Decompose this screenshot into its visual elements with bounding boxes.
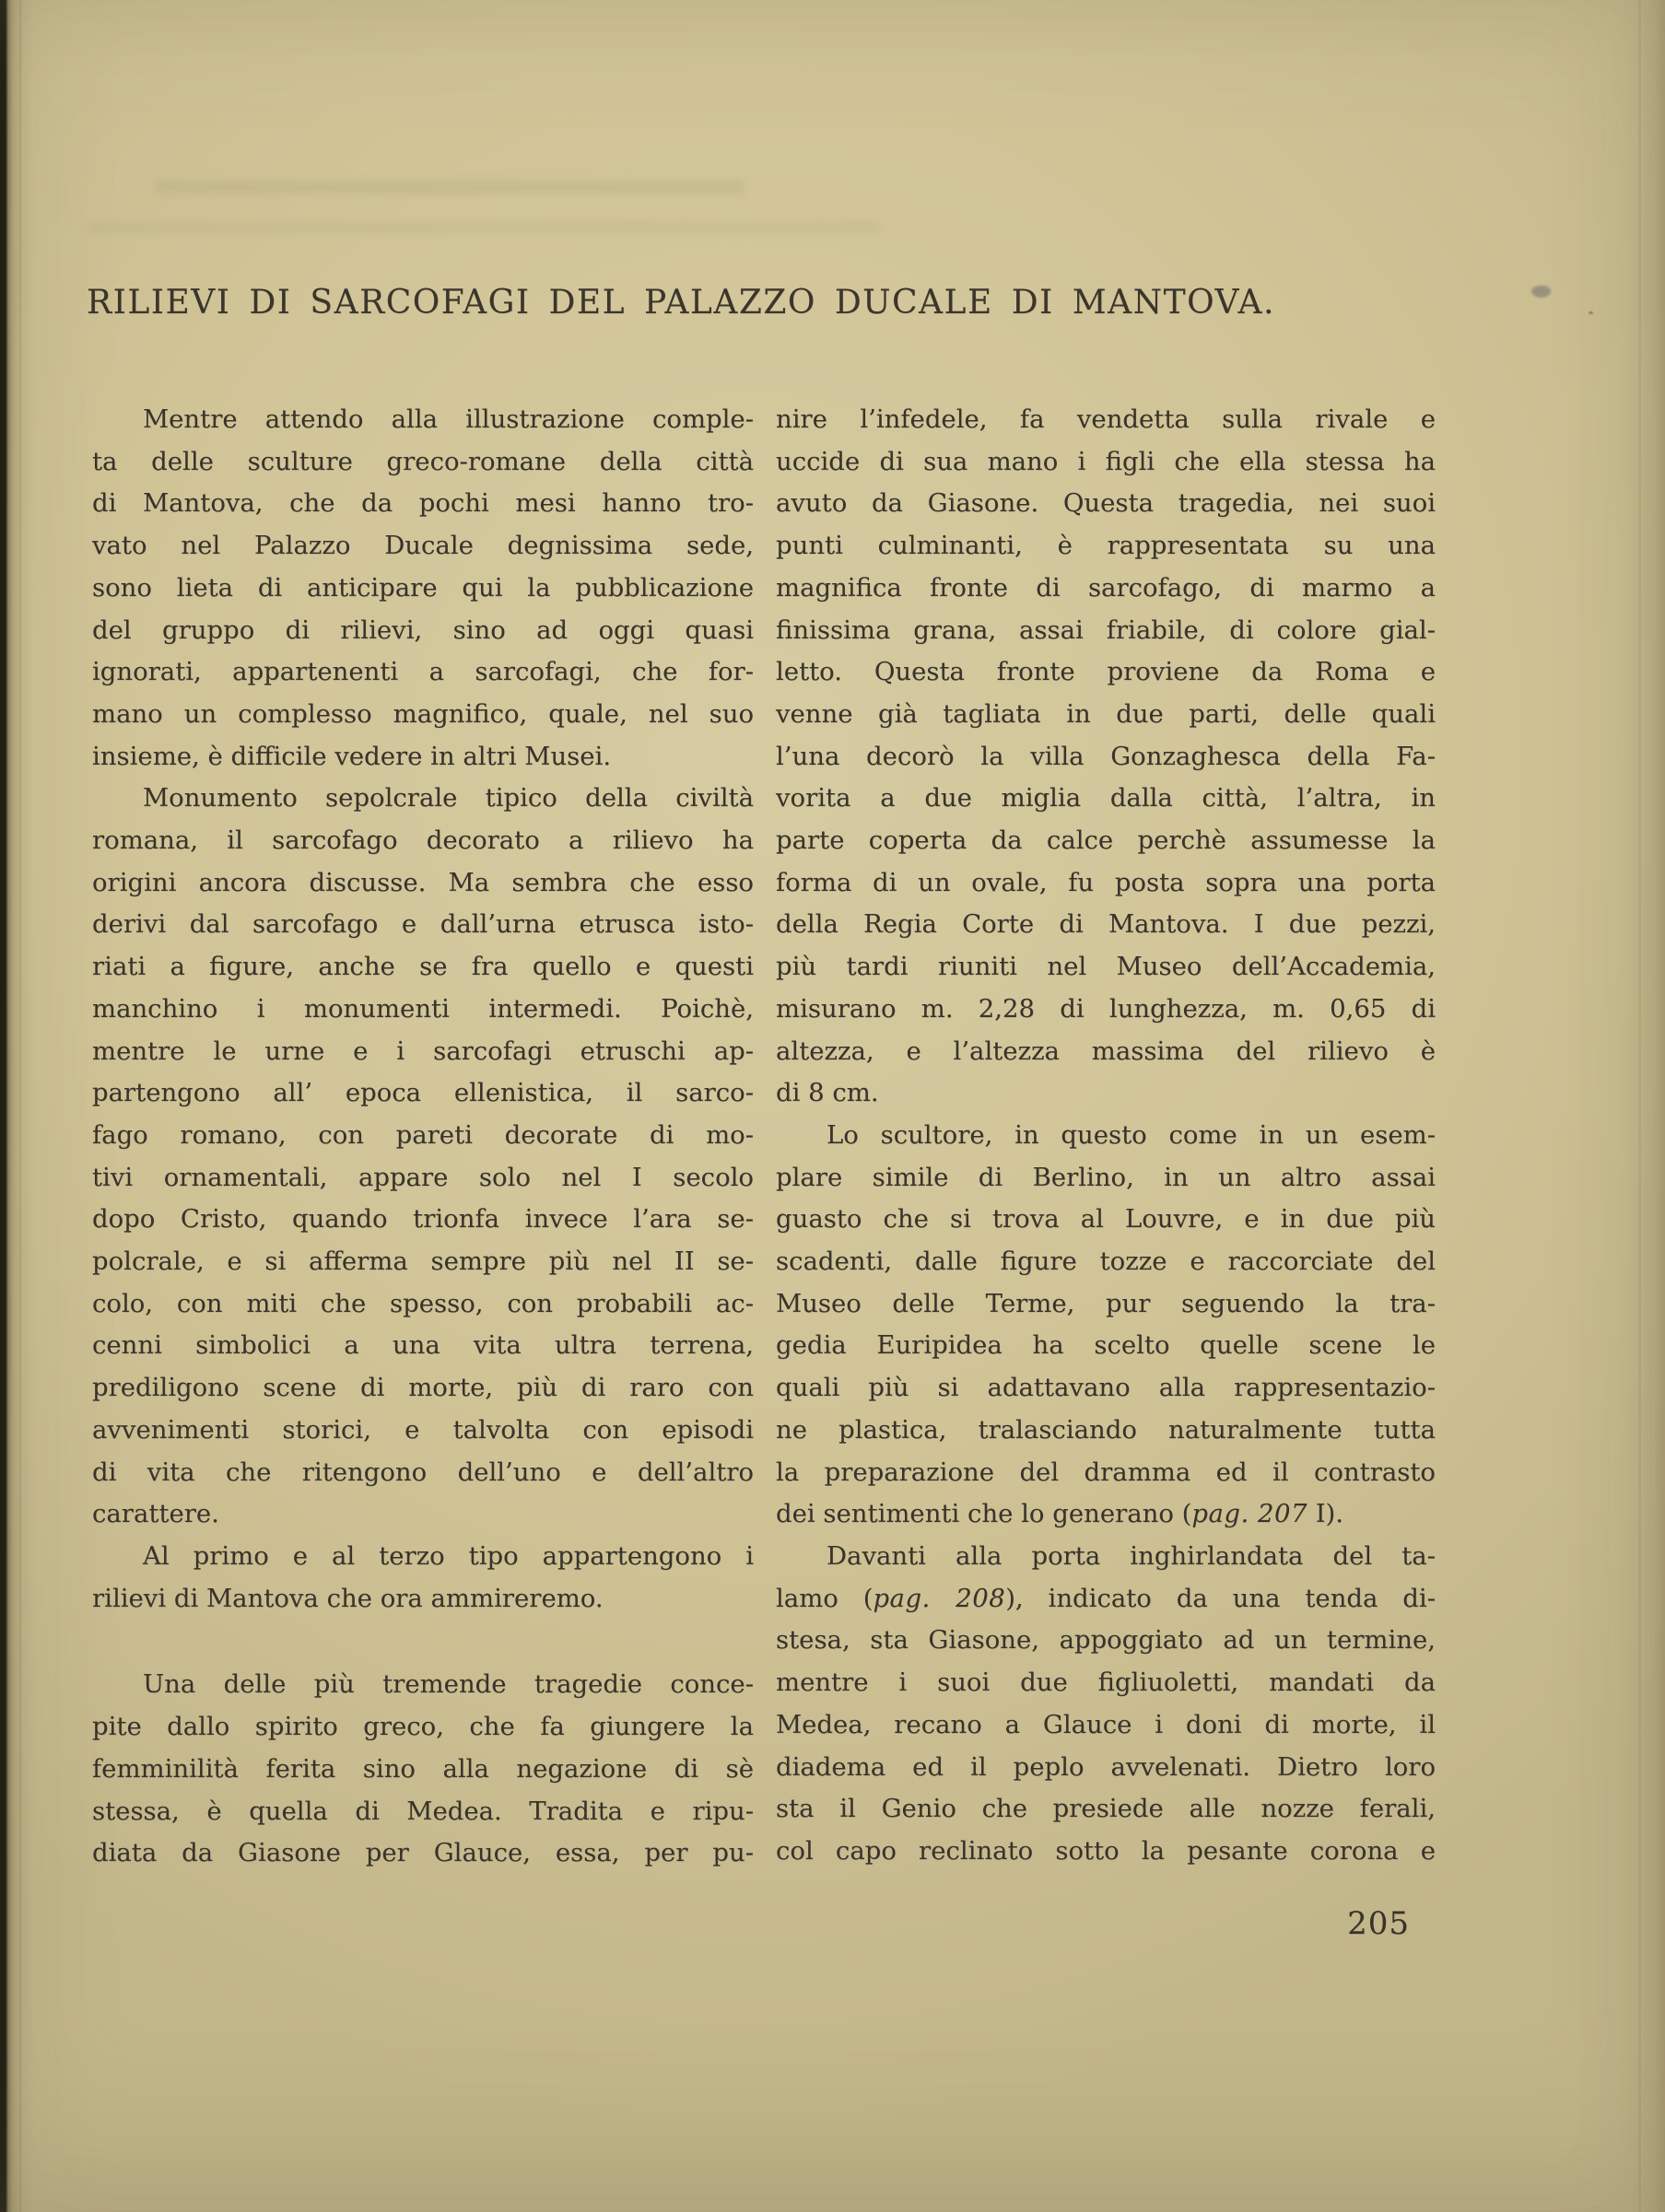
text-line: sta il Genio che presiede alle nozze fer… — [776, 1788, 1436, 1831]
text-line: stessa, è quella di Medea. Tradita e rip… — [92, 1791, 754, 1833]
text-line: riati a figure, anche se fra quello e qu… — [92, 946, 754, 989]
text-line: vato nel Palazzo Ducale degnissima sede, — [92, 525, 754, 568]
text-line: guasto che si trova al Louvre, e in due … — [776, 1199, 1436, 1241]
text-line: l’una decorò la villa Gonzaghesca della … — [776, 736, 1436, 778]
text-line: Museo delle Terme, pur seguendo la tra- — [776, 1283, 1436, 1326]
paper-speck — [1589, 311, 1593, 314]
text-line: insieme, è difficile vedere in altri Mus… — [92, 736, 754, 778]
text-line: del gruppo di rilievi, sino ad oggi quas… — [92, 610, 754, 652]
text-line: Medea, recano a Glauce i doni di morte, … — [776, 1704, 1436, 1747]
ink-smudge — [1531, 286, 1551, 298]
text-line: mentre le urne e i sarcofagi etruschi ap… — [92, 1031, 754, 1073]
text-line: misurano m. 2,28 di lunghezza, m. 0,65 d… — [776, 989, 1436, 1031]
text-line: pite dallo spirito greco, che fa giunger… — [92, 1706, 754, 1749]
text-line: colo, con miti che spesso, con probabili… — [92, 1283, 754, 1326]
text-line: romana, il sarcofago decorato a rilievo … — [92, 820, 754, 862]
article-title: RILIEVI DI SARCOFAGI DEL PALAZZO DUCALE … — [87, 284, 1275, 322]
text-line: ta delle sculture greco-romane della cit… — [92, 441, 754, 484]
scanned-page: RILIEVI DI SARCOFAGI DEL PALAZZO DUCALE … — [0, 0, 1665, 2212]
text-line: dei sentimenti che lo generano (pag. 207… — [776, 1493, 1436, 1536]
text-line: punti culminanti, è rappresentata su una — [776, 525, 1436, 568]
text-column-right: nire l’infedele, fa vendetta sulla rival… — [776, 399, 1436, 1873]
text-line: dopo Cristo, quando trionfa invece l’ara… — [92, 1199, 754, 1241]
text-line: finissima grana, assai friabile, di colo… — [776, 610, 1436, 652]
text-line: sono lieta di anticipare qui la pubblica… — [92, 568, 754, 610]
text-line: Mentre attendo alla illustrazione comple… — [92, 399, 754, 441]
text-line: plare simile di Berlino, in un altro ass… — [776, 1157, 1436, 1200]
text-line: la preparazione del dramma ed il contras… — [776, 1452, 1436, 1494]
text-line: diadema ed il peplo avvelenati. Dietro l… — [776, 1747, 1436, 1789]
text-line: uccide di sua mano i figli che ella stes… — [776, 441, 1436, 484]
text-line: di 8 cm. — [776, 1072, 1436, 1115]
text-line: fago romano, con pareti decorate di mo- — [92, 1115, 754, 1157]
text-line: Al primo e al terzo tipo appartengono i — [92, 1536, 754, 1578]
text-line: col capo reclinato sotto la pesante coro… — [776, 1831, 1436, 1873]
text-line: prediligono scene di morte, più di raro … — [92, 1367, 754, 1410]
text-column-left: Mentre attendo alla illustrazione comple… — [92, 399, 754, 1875]
text-line: parte coperta da calce perchè assumesse … — [776, 820, 1436, 862]
text-line: partengono all’ epoca ellenistica, il sa… — [92, 1072, 754, 1115]
text-line: mano un complesso magnifico, quale, nel … — [92, 694, 754, 736]
text-line: nire l’infedele, fa vendetta sulla rival… — [776, 399, 1436, 441]
text-line: Davanti alla porta inghirlandata del ta- — [776, 1536, 1436, 1578]
text-line: avvenimenti storici, e talvolta con epis… — [92, 1410, 754, 1452]
show-through-ghost — [155, 181, 745, 193]
text-line: derivi dal sarcofago e dall’urna etrusca… — [92, 904, 754, 946]
text-line: ignorati, appartenenti a sarcofagi, che … — [92, 651, 754, 694]
page-number: 205 — [1307, 1905, 1410, 1942]
text-line: rilievi di Mantova che ora ammireremo. — [92, 1578, 754, 1621]
text-line: femminilità ferita sino alla negazione d… — [92, 1749, 754, 1791]
text-line: gedia Euripidea ha scelto quelle scene l… — [776, 1325, 1436, 1367]
text-line: di vita che ritengono dell’uno e dell’al… — [92, 1452, 754, 1494]
text-line: Lo scultore, in questo come in un esem- — [776, 1115, 1436, 1157]
text-line: Monumento sepolcrale tipico della civilt… — [92, 778, 754, 820]
text-line: ne plastica, tralasciando naturalmente t… — [776, 1410, 1436, 1452]
text-line: mentre i suoi due figliuoletti, mandati … — [776, 1662, 1436, 1704]
text-line: manchino i monumenti intermedi. Poichè, — [92, 989, 754, 1031]
text-line: più tardi riuniti nel Museo dell’Accadem… — [776, 946, 1436, 989]
text-line: avuto da Giasone. Questa tragedia, nei s… — [776, 483, 1436, 525]
text-line: Una delle più tremende tragedie conce- — [92, 1664, 754, 1706]
text-line: origini ancora discusse. Ma sembra che e… — [92, 862, 754, 905]
text-line: altezza, e l’altezza massima del rilievo… — [776, 1031, 1436, 1073]
text-line: quali più si adattavano alla rappresenta… — [776, 1367, 1436, 1410]
page-edge-shadow — [1621, 0, 1665, 2212]
text-line: di Mantova, che da pochi mesi hanno tro- — [92, 483, 754, 525]
text-line: della Regia Corte di Mantova. I due pezz… — [776, 904, 1436, 946]
text-line: polcrale, e si afferma sempre più nel II… — [92, 1241, 754, 1283]
show-through-ghost — [88, 222, 881, 233]
text-line: diata da Giasone per Glauce, essa, per p… — [92, 1832, 754, 1875]
text-line: forma di un ovale, fu posta sopra una po… — [776, 862, 1436, 905]
text-line: carattere. — [92, 1493, 754, 1536]
text-line: letto. Questa fronte proviene da Roma e — [776, 651, 1436, 694]
text-line: lamo (pag. 208), indicato da una tenda d… — [776, 1578, 1436, 1621]
text-line: vorita a due miglia dalla città, l’altra… — [776, 778, 1436, 820]
text-line: magnifica fronte di sarcofago, di marmo … — [776, 568, 1436, 610]
text-line: cenni simbolici a una vita ultra terrena… — [92, 1325, 754, 1367]
text-line: scadenti, dalle figure tozze e raccorcia… — [776, 1241, 1436, 1283]
binding-shadow — [0, 0, 33, 2212]
text-line: tivi ornamentali, appare solo nel I seco… — [92, 1157, 754, 1200]
text-line: venne già tagliata in due parti, delle q… — [776, 694, 1436, 736]
text-line: stesa, sta Giasone, appoggiato ad un ter… — [776, 1620, 1436, 1662]
